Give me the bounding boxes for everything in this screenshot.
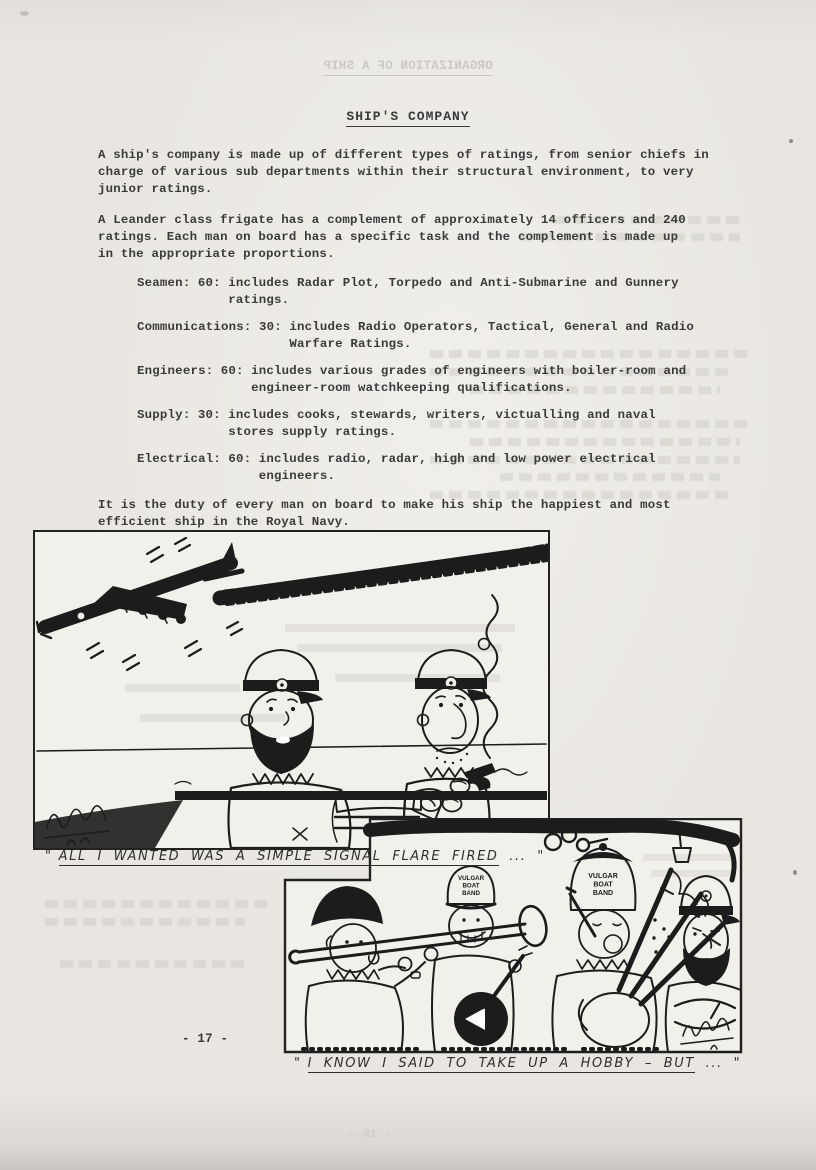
band-caption: "I KNOW I SAID TO TAKE UP A HOBBY – BUT … (294, 1056, 741, 1071)
intro-paragraph: A ship's company is made up of different… (98, 147, 718, 197)
rating-label: Electrical: (137, 451, 221, 468)
bleed-through-text (45, 900, 270, 908)
cap-badge (280, 683, 284, 687)
rating-row-seamen: Seamen: 60: includes Radar Plot, Torpedo… (137, 275, 737, 309)
bleed-page-number: - 16 - (300, 1126, 440, 1143)
rating-description: includes radio, radar, high and low powe… (259, 451, 737, 485)
page-title: SHIP'S COMPANY (0, 109, 816, 126)
rating-row-electrical: Electrical: 60: includes radio, radar, h… (137, 451, 737, 485)
rating-count: 60: (228, 451, 251, 468)
bleed-through-text (60, 960, 250, 968)
rating-label: Engineers: (137, 363, 213, 380)
rating-description: includes various grades of engineers wit… (251, 363, 737, 397)
hat-label: BOAT (593, 882, 613, 889)
rating-label: Supply: (137, 407, 190, 424)
smoke-trail (220, 546, 547, 604)
scanned-document-page: { "page": { "title": "SHIP'S COMPANY", "… (0, 0, 816, 1170)
rating-count: 30: (259, 319, 282, 336)
rating-row-communications: Communications: 30: includes Radio Opera… (137, 319, 737, 353)
hat-label: BAND (593, 890, 613, 897)
flare-cartoon (33, 530, 550, 850)
hat-label: VULGAR (588, 873, 618, 880)
stubble (436, 753, 468, 764)
bottom-edge-shadow (0, 1146, 816, 1170)
ratings-list: Seamen: 60: includes Radar Plot, Torpedo… (137, 275, 737, 495)
hat-label: BOAT (462, 883, 479, 890)
paper-speck (793, 870, 797, 875)
rating-description: includes Radio Operators, Tactical, Gene… (289, 319, 737, 353)
boat-bow (35, 800, 183, 848)
paper-speck (789, 139, 793, 143)
rating-row-engineers: Engineers: 60: includes various grades o… (137, 363, 737, 397)
bleed-through-text (45, 918, 245, 926)
page-number: - 17 - (182, 1031, 228, 1048)
open-quote: " (45, 849, 53, 864)
complement-paragraph: A Leander class frigate has a complement… (98, 212, 718, 262)
paper-scuff (20, 11, 29, 16)
rating-count: 60: (198, 275, 221, 292)
rating-row-supply: Supply: 30: includes cooks, stewards, wr… (137, 407, 737, 441)
hat-label: BAND (462, 890, 480, 897)
rating-count: 60: (221, 363, 244, 380)
duty-paragraph: It is the duty of every man on board to … (98, 497, 718, 531)
rating-description: includes cooks, stewards, writers, victu… (228, 407, 737, 441)
hat-label: VULGAR (458, 875, 485, 882)
rating-count: 30: (198, 407, 221, 424)
rating-description: includes Radar Plot, Torpedo and Anti-Su… (228, 275, 737, 309)
open-quote: " (294, 1056, 302, 1071)
rating-label: Communications: (137, 319, 252, 336)
cap-badge (449, 681, 453, 685)
flare-caption: "ALL I WANTED WAS A SIMPLE SIGNAL FLARE … (45, 849, 545, 864)
bleed-header-text: ORGANIZATION OF A SHIP (0, 58, 816, 75)
bomber-plane (37, 542, 242, 638)
bleed-through-text (125, 624, 515, 722)
rating-label: Seamen: (137, 275, 190, 292)
flare-cartoon-drawing (35, 532, 548, 848)
beard (250, 724, 314, 774)
